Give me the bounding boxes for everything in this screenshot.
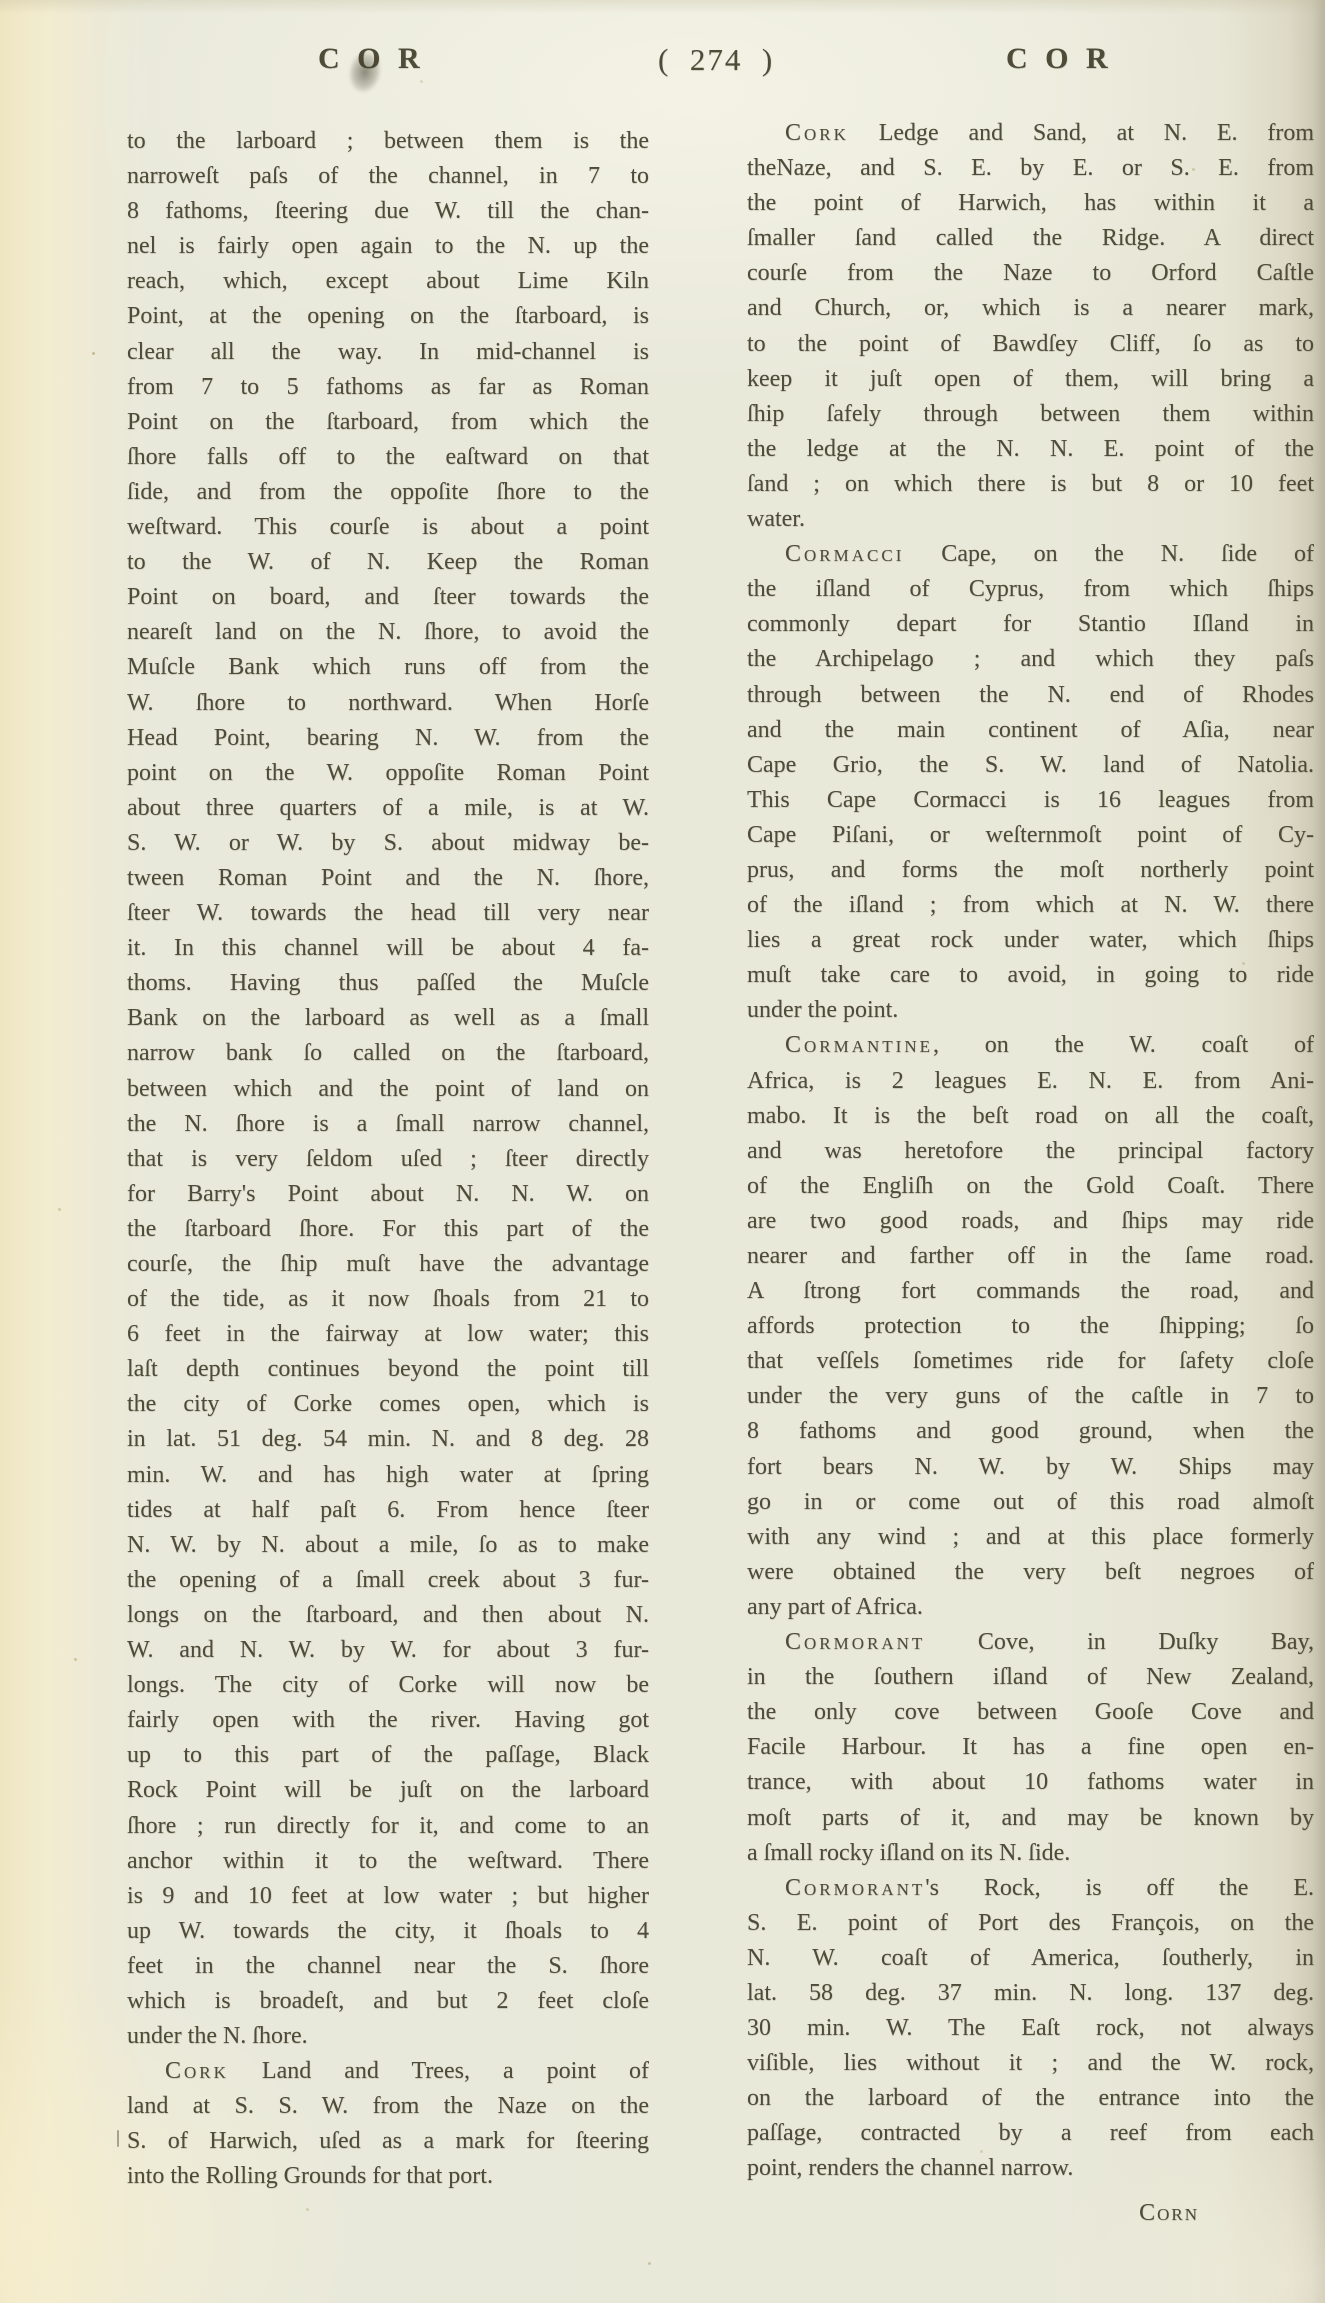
text-line: ſhore falls off to the eaſtward on that <box>127 440 649 475</box>
text-line: lat. 58 deg. 37 min. N. long. 137 deg. <box>747 1976 1314 2011</box>
text-line: Cormorant Cove, in Duſky Bay, <box>747 1625 1314 1660</box>
text-line: Cormorant's Rock, is off the E. <box>747 1871 1314 1906</box>
text-line: in the ſouthern iſland of New Zealand, <box>747 1660 1314 1695</box>
text-line: courſe from the Naze to Orford Caſtle <box>747 256 1314 291</box>
text-line: Cork Ledge and Sand, at N. E. from <box>747 116 1314 151</box>
text-line: the point of Harwich, has within it a <box>747 186 1314 221</box>
entry-paragraph-cormacci: Cormacci Cape, on the N. ſide ofthe iſla… <box>747 537 1314 1028</box>
text-line: of the tide, as it now ſhoals from 21 to <box>127 1282 649 1317</box>
text-line: thoms. Having thus paſſed the Muſcle <box>127 966 649 1001</box>
text-line: theNaze, and S. E. by E. or S. E. from <box>747 151 1314 186</box>
text-line: keep it juſt open of them, will bring a <box>747 362 1314 397</box>
text-line: ſmaller ſand called the Ridge. A direct <box>747 221 1314 256</box>
text-line: were obtained the very beſt negroes of <box>747 1555 1314 1590</box>
text-line: feet in the channel near the S. ſhore <box>127 1949 649 1984</box>
text-line: up W. towards the city, it ſhoals to 4 <box>127 1914 649 1949</box>
text-line: and was heretofore the principal factory <box>747 1134 1314 1169</box>
text-line: courſe, the ſhip muſt have the advantage <box>127 1247 649 1282</box>
entry-headword: Cormorant <box>785 1629 925 1655</box>
text-line: and the main continent of Aſia, near <box>747 713 1314 748</box>
text-line: Point on board, and ſteer towards the <box>127 580 649 615</box>
text-line: from 7 to 5 fathoms as far as Roman <box>127 370 649 405</box>
text-line: Rock Point will be juſt on the larboard <box>127 1773 649 1808</box>
text-line: to the point of Bawdſey Cliff, ſo as to <box>747 327 1314 362</box>
text-line: trance, with about 10 fathoms water in <box>747 1765 1314 1800</box>
text-line: affords protection to the ſhipping; ſo <box>747 1309 1314 1344</box>
text-line: the Archipelago ; and which they paſs <box>747 642 1314 677</box>
text-line: under the N. ſhore. <box>127 2019 649 2054</box>
text-line: narroweſt paſs of the channel, in 7 to <box>127 159 649 194</box>
text-line: Cape Piſani, or weſternmoſt point of Cy- <box>747 818 1314 853</box>
entry-paragraph-cormantine: Cormantine, on the W. coaſt ofAfrica, is… <box>747 1028 1314 1625</box>
text-line: prus, and forms the moſt northerly point <box>747 853 1314 888</box>
text-line: about three quarters of a mile, is at W. <box>127 791 649 826</box>
text-line: 30 min. W. The Eaſt rock, not always <box>747 2011 1314 2046</box>
text-line: This Cape Cormacci is 16 leagues from <box>747 783 1314 818</box>
text-line: land at S. S. W. from the Naze on the <box>127 2089 649 2124</box>
text-line: the ſtarboard ſhore. For this part of th… <box>127 1212 649 1247</box>
entry-paragraph-cormorant: Cormorant Cove, in Duſky Bay,in the ſout… <box>747 1625 1314 1871</box>
text-line: are two good roads, and ſhips may ride <box>747 1204 1314 1239</box>
page-number: ( 274 ) <box>658 42 774 78</box>
text-line: with any wind ; and at this place former… <box>747 1520 1314 1555</box>
text-line: the only cove between Gooſe Cove and <box>747 1695 1314 1730</box>
text-line: 8 fathoms, ſteering due W. till the chan… <box>127 194 649 229</box>
text-line: N. W. coaſt of America, ſoutherly, in <box>747 1941 1314 1976</box>
text-line: which is broadeſt, and but 2 feet cloſe <box>127 1984 649 2019</box>
text-line: under the very guns of the caſtle in 7 t… <box>747 1379 1314 1414</box>
text-line: ſhip ſafely through between them within <box>747 397 1314 432</box>
entry-headword: Cormorant <box>785 1875 925 1901</box>
text-line: Facile Harbour. It has a fine open en- <box>747 1730 1314 1765</box>
text-line: a ſmall rocky iſland on its N. ſide. <box>747 1836 1314 1871</box>
text-line: paſſage, contracted by a reef from each <box>747 2116 1314 2151</box>
text-line: Cormantine, on the W. coaſt of <box>747 1028 1314 1063</box>
text-line: to the larboard ; between them is the <box>127 124 649 159</box>
entry-paragraph-cork: Cork Ledge and Sand, at N. E. fromtheNaz… <box>747 116 1314 537</box>
text-line: laſt depth continues beyond the point ti… <box>127 1352 649 1387</box>
text-line: the opening of a ſmall creek about 3 fur… <box>127 1563 649 1598</box>
text-line: Bank on the larboard as well as a ſmall <box>127 1001 649 1036</box>
page-header: C O R ( 274 ) C O R <box>0 0 1325 110</box>
text-line: moſt parts of it, and may be known by <box>747 1801 1314 1836</box>
text-line: the ledge at the N. N. E. point of the <box>747 432 1314 467</box>
paper-specks <box>0 0 3 3</box>
text-line: 8 fathoms and good ground, when the <box>747 1414 1314 1449</box>
text-line: to the W. of N. Keep the Roman <box>127 545 649 580</box>
text-line: weſtward. This courſe is about a point <box>127 510 649 545</box>
text-line: any part of Africa. <box>747 1590 1314 1625</box>
running-head-right: C O R <box>1006 42 1113 76</box>
text-line: for Barry's Point about N. N. W. on <box>127 1177 649 1212</box>
text-line: ſide, and from the oppoſite ſhore to the <box>127 475 649 510</box>
text-line: Muſcle Bank which runs off from the <box>127 650 649 685</box>
text-line: ſhore ; run directly for it, and come to… <box>127 1809 649 1844</box>
text-line: point on the W. oppoſite Roman Point <box>127 756 649 791</box>
text-line: into the Rolling Grounds for that port. <box>127 2159 649 2194</box>
text-line: Cormacci Cape, on the N. ſide of <box>747 537 1314 572</box>
entry-paragraph-cormorant: Cormorant's Rock, is off the E.S. E. poi… <box>747 1871 1314 2187</box>
text-line: longs on the ſtarboard, and then about N… <box>127 1598 649 1633</box>
text-line: narrow bank ſo called on the ſtarboard, <box>127 1036 649 1071</box>
text-line: tides at half paſt 6. From hence ſteer <box>127 1493 649 1528</box>
text-line: is 9 and 10 feet at low water ; but high… <box>127 1879 649 1914</box>
text-line: nearer and farther off in the ſame road. <box>747 1239 1314 1274</box>
text-line: ſand ; on which there is but 8 or 10 fee… <box>747 467 1314 502</box>
entry-paragraph-cork: Cork Land and Trees, a point ofland at S… <box>127 2054 649 2194</box>
text-line: it. In this channel will be about 4 fa- <box>127 931 649 966</box>
text-line: nel is fairly open again to the N. up th… <box>127 229 649 264</box>
text-line: Head Point, bearing N. W. from the <box>127 721 649 756</box>
text-line: tween Roman Point and the N. ſhore, <box>127 861 649 896</box>
text-line: the iſland of Cyprus, from which ſhips <box>747 572 1314 607</box>
text-line: that veſſels ſometimes ride for ſafety c… <box>747 1344 1314 1379</box>
text-line: and Church, or, which is a nearer mark, <box>747 291 1314 326</box>
text-line: fort bears N. W. by W. Ships may <box>747 1450 1314 1485</box>
catchword: Corn <box>1139 2200 1199 2227</box>
text-line: clear all the way. In mid-channel is <box>127 335 649 370</box>
text-line: up to this part of the paſſage, Black <box>127 1738 649 1773</box>
text-line: 6 feet in the fairway at low water; this <box>127 1317 649 1352</box>
text-line: in lat. 51 deg. 54 min. N. and 8 deg. 28 <box>127 1422 649 1457</box>
text-line: anchor within it to the weſtward. There <box>127 1844 649 1879</box>
text-line: S. of Harwich, uſed as a mark for ſteeri… <box>127 2124 649 2159</box>
text-line: of the iſland ; from which at N. W. ther… <box>747 888 1314 923</box>
text-line: reach, which, except about Lime Kiln <box>127 264 649 299</box>
book-page: C O R ( 274 ) C O R to the larboard ; be… <box>0 0 1325 2303</box>
text-line: the city of Corke comes open, which is <box>127 1387 649 1422</box>
text-line: viſible, lies without it ; and the W. ro… <box>747 2046 1314 2081</box>
text-line: Africa, is 2 leagues E. N. E. from Ani- <box>747 1064 1314 1099</box>
text-column-left: to the larboard ; between them is thenar… <box>127 124 649 2195</box>
text-line: point, renders the channel narrow. <box>747 2151 1314 2186</box>
text-line: min. W. and has high water at ſpring <box>127 1458 649 1493</box>
text-line: under the point. <box>747 993 1314 1028</box>
text-line: longs. The city of Corke will now be <box>127 1668 649 1703</box>
text-line: commonly depart for Stantio Iſland in <box>747 607 1314 642</box>
text-line: N. W. by N. about a mile, ſo as to make <box>127 1528 649 1563</box>
text-line: W. and N. W. by W. for about 3 fur- <box>127 1633 649 1668</box>
text-line: fairly open with the river. Having got <box>127 1703 649 1738</box>
text-line: through between the N. end of Rhodes <box>747 678 1314 713</box>
text-line: water. <box>747 502 1314 537</box>
text-line: neareſt land on the N. ſhore, to avoid t… <box>127 615 649 650</box>
text-line: A ſtrong fort commands the road, and <box>747 1274 1314 1309</box>
entry-headword: Cork <box>785 120 849 146</box>
text-line: ſteer W. towards the head till very near <box>127 896 649 931</box>
text-column-right: Cork Ledge and Sand, at N. E. fromtheNaz… <box>747 116 1314 2187</box>
text-line: that is very ſeldom uſed ; ſteer directl… <box>127 1142 649 1177</box>
text-line: Point, at the opening on the ſtarboard, … <box>127 299 649 334</box>
text-line: of the Engliſh on the Gold Coaſt. There <box>747 1169 1314 1204</box>
text-line: the N. ſhore is a ſmall narrow channel, <box>127 1107 649 1142</box>
text-line: on the larboard of the entrance into the <box>747 2081 1314 2116</box>
print-artifact <box>117 2130 119 2147</box>
text-line: Cape Grio, the S. W. land of Natolia. <box>747 748 1314 783</box>
text-line: lies a great rock under water, which ſhi… <box>747 923 1314 958</box>
text-line: Point on the ſtarboard, from which the <box>127 405 649 440</box>
entry-headword: Cork <box>165 2058 229 2084</box>
entry-headword: Cormacci <box>785 541 904 567</box>
text-line: mabo. It is the beſt road on all the coa… <box>747 1099 1314 1134</box>
text-line: muſt take care to avoid, in going to rid… <box>747 958 1314 993</box>
text-line: W. ſhore to northward. When Horſe <box>127 686 649 721</box>
text-line: go in or come out of this road almoſt <box>747 1485 1314 1520</box>
text-line: S. E. point of Port des François, on the <box>747 1906 1314 1941</box>
text-line: between which and the point of land on <box>127 1072 649 1107</box>
text-line: Cork Land and Trees, a point of <box>127 2054 649 2089</box>
entry-headword: Cormantine <box>785 1032 933 1058</box>
text-line: S. W. or W. by S. about midway be- <box>127 826 649 861</box>
continuation-paragraph: to the larboard ; between them is thenar… <box>127 124 649 2054</box>
